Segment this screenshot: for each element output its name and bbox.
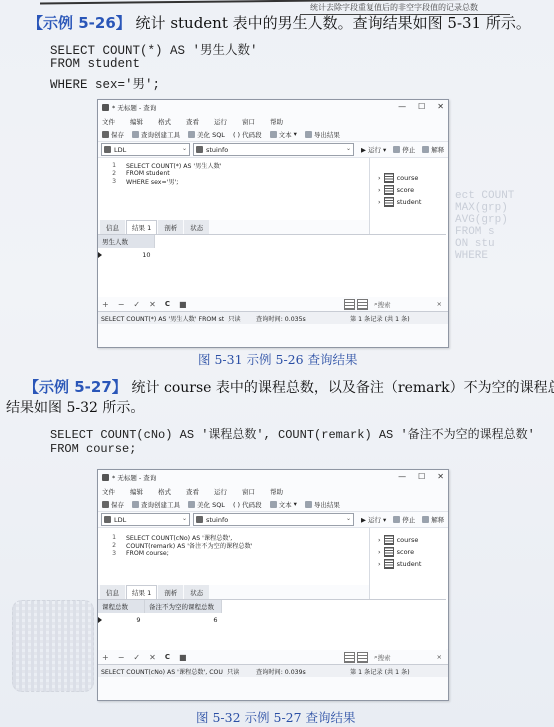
database-select[interactable]: stuinfo ⌄ [193,513,354,526]
chevron-down-icon: ⌄ [346,145,351,152]
status-sql: SELECT COUNT(cNo) AS '课程总数', COU [98,667,223,676]
menu-bar: 文件 编辑 格式 查看 运行 窗口 帮助 [98,115,448,127]
status-readonly: 只读 [227,667,239,676]
menu-help[interactable]: 帮助 [270,487,283,496]
editor-line-text: WHERE sex='男'; [126,177,178,186]
column-header[interactable]: 男生人数 [98,235,155,248]
status-sql: SELECT COUNT(*) AS '男生人数' FROM st [98,314,224,323]
stop-fetch-button[interactable]: ■ [179,653,187,662]
status-query-time: 查询时间: 0.039s [256,667,306,676]
sql-line-3: WHERE sex='男'; [50,74,160,92]
menu-view[interactable]: 查看 [186,117,199,126]
query-builder-label: 查询创建工具 [141,130,180,139]
beautify-sql-button[interactable]: 美化 SQL [188,130,225,139]
table-icon [384,173,394,183]
tree-item-student[interactable]: ›student [370,558,448,570]
tree-item-score[interactable]: ›score [370,546,448,558]
example-description: 统计 student 表中的男生人数。查询结果如图 5-31 所示。 [136,14,531,32]
code-snippet-button[interactable]: ( ) 代码段 [233,500,262,509]
tab-result-1[interactable]: 结果 1 [126,585,157,599]
text-button[interactable]: 文本 ▾ [270,130,297,139]
tab-info[interactable]: 信息 [100,585,125,599]
tab-status[interactable]: 状态 [184,220,209,234]
chevron-right-icon: › [378,186,381,194]
chevron-down-icon: ⌄ [182,145,187,152]
tree-label: student [397,560,422,568]
tree-item-student[interactable]: ›student [370,196,448,208]
table-icon [384,185,394,195]
column-header[interactable]: 课程总数 [98,600,145,613]
tree-label: score [397,548,414,556]
maximize-button[interactable]: ☐ [418,472,425,481]
editor-line: 1SELECT COUNT(*) AS '男生人数' [98,161,370,169]
database-value: stuinfo [206,146,228,154]
beautify-icon [188,131,195,138]
status-record-count: 第 1 条记录 (共 1 条) [350,667,410,676]
save-icon [102,131,109,138]
tree-label: course [397,536,419,544]
menu-format[interactable]: 格式 [158,487,171,496]
connection-select[interactable]: LDL ⌄ [101,513,190,526]
search-placeholder: 搜索 [378,300,391,309]
query-builder-icon [132,501,139,508]
qr-code-bleed [12,600,94,692]
stop-button[interactable]: 停止 [393,515,415,524]
menu-format[interactable]: 格式 [158,117,171,126]
menu-run[interactable]: 运行 [214,117,227,126]
stop-label: 停止 [402,515,415,524]
apply-button[interactable]: ✓ [133,300,140,309]
text-label: 文本 [279,130,292,139]
stop-label: 停止 [402,145,415,154]
save-button[interactable]: 保存 [102,130,124,139]
example-5-27-heading: 【示例 5-27】 统计 course 表中的课程总数，以及备注（remark）… [24,376,554,397]
title-bar: * 无标题 - 查询 [98,470,448,485]
sql-line-1: SELECT COUNT(*) AS '男生人数' [50,40,258,58]
editor-line-text: FROM course; [126,550,169,557]
menu-edit[interactable]: 编辑 [130,487,143,496]
current-row-marker-icon [98,252,102,258]
play-icon: ▶ [361,146,366,154]
explain-label: 解释 [431,515,444,524]
figure-caption-5-32: 图 5-32 示例 5-27 查询结果 [196,708,356,726]
table-icon [384,559,394,569]
close-button[interactable]: ✕ [437,102,444,111]
clear-search-icon[interactable]: × [437,653,442,661]
editor-area: 1SELECT COUNT(*) AS '男生人数' 2FROM student… [98,157,448,220]
status-bar: SELECT COUNT(*) AS '男生人数' FROM st 只读 查询时… [98,311,448,324]
discard-button[interactable]: ✕ [149,300,156,309]
beautify-label: 美化 SQL [197,500,225,509]
menu-window[interactable]: 窗口 [242,117,255,126]
delete-record-button[interactable]: − [118,653,125,662]
tab-profile[interactable]: 剖析 [158,585,183,599]
text-icon [270,501,277,508]
database-select[interactable]: stuinfo ⌄ [193,143,354,156]
app-icon [102,104,109,111]
play-icon: ▶ [361,516,366,524]
sql-line-2: FROM student [50,57,140,71]
run-button[interactable]: ▶运行 ▾ [361,145,386,154]
chevron-right-icon: › [378,174,381,182]
query-window-5-31: * 无标题 - 查询 — ☐ ✕ 文件 编辑 格式 查看 运行 窗口 帮助 保存… [97,99,449,348]
run-button[interactable]: ▶运行 ▾ [361,515,386,524]
menu-help[interactable]: 帮助 [270,117,283,126]
result-grid-area: 男生人数 10 [98,234,446,297]
query-window-5-32: * 无标题 - 查询 — ☐ ✕ 文件 编辑 格式 查看 运行 窗口 帮助 保存… [97,469,449,701]
form-view-icon[interactable] [357,299,368,310]
result-grid: 男生人数 10 [98,235,155,261]
explain-label: 解释 [431,145,444,154]
tab-result-1[interactable]: 结果 1 [126,220,157,234]
menu-file[interactable]: 文件 [102,117,115,126]
minimize-button[interactable]: — [398,472,406,481]
run-controls: ▶运行 ▾ 停止 解释 [361,515,444,524]
sql-editor[interactable]: 1SELECT COUNT(cNo) AS '课程总数', 2COUNT(rem… [98,528,370,585]
text-button[interactable]: 文本 ▾ [270,500,297,509]
example-tag: 【示例 5-26】 [28,14,131,32]
example-5-26-heading: 【示例 5-26】 统计 student 表中的男生人数。查询结果如图 5-31… [28,12,531,33]
code-snippet-button[interactable]: ( ) 代码段 [233,130,262,139]
editor-line: 3WHERE sex='男'; [98,177,370,185]
cell[interactable]: 9 [98,613,145,626]
search-input[interactable]: ⌕ 搜索 × [371,652,444,662]
chevron-right-icon: › [378,560,381,568]
explain-button[interactable]: 解释 [422,145,444,154]
menu-run[interactable]: 运行 [214,487,227,496]
menu-edit[interactable]: 编辑 [130,117,143,126]
clear-search-icon[interactable]: × [437,300,442,308]
editor-line-text: COUNT(remark) AS '备注不为空的课程总数' [126,541,253,550]
explain-button[interactable]: 解释 [422,515,444,524]
example-description-line-1: 统计 course 表中的课程总数，以及备注（remark）不为空的课程总数。查… [132,380,554,396]
database-value: stuinfo [206,516,228,524]
connection-value: LDL [114,146,126,154]
sql-line-1: SELECT COUNT(cNo) AS '课程总数', COUNT(remar… [50,425,535,442]
grid-view-icon[interactable] [344,299,355,310]
text-icon [270,131,277,138]
code-snippet-label: ( ) 代码段 [233,500,262,509]
status-readonly: 只读 [228,314,240,323]
apply-button[interactable]: ✓ [133,653,140,662]
chevron-down-icon: ⌄ [182,515,187,522]
status-query-time: 查询时间: 0.035s [256,314,306,323]
export-label: 导出结果 [314,130,340,139]
figure-caption-5-31: 图 5-31 示例 5-26 查询结果 [198,350,358,368]
tree-item-course[interactable]: ›course [370,534,448,546]
save-label: 保存 [111,500,124,509]
query-builder-label: 查询创建工具 [141,500,180,509]
menu-bar: 文件 编辑 格式 查看 运行 窗口 帮助 [98,485,448,497]
database-icon [196,146,203,153]
query-builder-button[interactable]: 查询创建工具 [132,500,180,509]
tab-profile[interactable]: 剖析 [158,220,183,234]
save-icon [102,501,109,508]
window-title: * 无标题 - 查询 [112,473,156,482]
view-toggle [344,299,368,310]
tab-info[interactable]: 信息 [100,220,125,234]
app-icon [102,474,109,481]
sql-editor[interactable]: 1SELECT COUNT(*) AS '男生人数' 2FROM student… [98,158,370,220]
chevron-right-icon: › [378,198,381,206]
current-row-marker-icon [98,617,102,623]
window-title: * 无标题 - 查询 [112,103,156,112]
menu-window[interactable]: 窗口 [242,487,255,496]
result-tabs: 信息 结果 1 剖析 状态 [98,220,372,234]
table-icon [384,535,394,545]
editor-line: 3FROM course; [98,549,370,557]
tree-item-course[interactable]: ›course [370,172,448,184]
export-icon [305,501,312,508]
explain-icon [422,146,429,153]
toolbar: 保存 查询创建工具 美化 SQL ( ) 代码段 文本 ▾ 导出结果 [98,127,448,141]
search-placeholder: 搜索 [378,653,391,662]
menu-view[interactable]: 查看 [186,487,199,496]
result-grid: 课程总数 备注不为空的课程总数 9 6 [98,600,222,626]
maximize-button[interactable]: ☐ [418,102,425,111]
export-icon [305,131,312,138]
sql-line-2: FROM course; [50,442,136,456]
result-grid-area: 课程总数 备注不为空的课程总数 9 6 [98,599,446,650]
tree-label: course [397,174,419,182]
tab-status[interactable]: 状态 [184,585,209,599]
table-icon [384,547,394,557]
delete-record-button[interactable]: − [118,300,125,309]
database-icon [196,516,203,523]
cell[interactable]: 6 [145,613,222,626]
code-snippet-label: ( ) 代码段 [233,130,262,139]
grid-view-icon[interactable] [344,652,355,663]
cell[interactable]: 10 [98,248,155,261]
tree-item-score[interactable]: ›score [370,184,448,196]
toolbar: 保存 查询创建工具 美化 SQL ( ) 代码段 文本 ▾ 导出结果 [98,497,448,511]
connection-bar: LDL ⌄ stuinfo ⌄ ▶运行 ▾ 停止 解释 [98,511,448,527]
view-toggle [344,652,368,663]
add-record-button[interactable]: + [102,300,109,309]
run-label: 运行 [368,145,381,154]
export-results-button[interactable]: 导出结果 [305,500,340,509]
beautify-label: 美化 SQL [197,130,225,139]
discard-button[interactable]: ✕ [149,653,156,662]
chevron-right-icon: › [378,548,381,556]
bleed-through-text: ect COUNT MAX(grp) AVG(grp) FROM s ON st… [455,178,514,262]
refresh-button[interactable]: C [165,300,170,308]
beautify-icon [188,501,195,508]
stop-icon [393,516,400,523]
beautify-sql-button[interactable]: 美化 SQL [188,500,225,509]
chevron-down-icon: ⌄ [346,515,351,522]
example-description-line-2: 结果如图 5-32 所示。 [6,397,144,417]
connection-icon [104,146,111,153]
connection-value: LDL [114,516,126,524]
editor-line-text: FROM student [126,170,170,177]
query-builder-button[interactable]: 查询创建工具 [132,130,180,139]
stop-icon [393,146,400,153]
chevron-right-icon: › [378,536,381,544]
grid-bottom-bar: + − ✓ ✕ C ■ ⌕ 搜索 × [98,650,448,664]
connection-bar: LDL ⌄ stuinfo ⌄ ▶运行 ▾ 停止 解释 [98,141,448,157]
editor-line: 2COUNT(remark) AS '备注不为空的课程总数' [98,541,370,549]
tree-label: score [397,186,414,194]
search-input[interactable]: ⌕ 搜索 × [371,299,444,309]
grid-bottom-bar: + − ✓ ✕ C ■ ⌕ 搜索 × [98,297,448,311]
refresh-button[interactable]: C [165,653,170,661]
window-controls: — ☐ ✕ [398,472,444,481]
table-icon [384,197,394,207]
status-bar: SELECT COUNT(cNo) AS '课程总数', COU 只读 查询时间… [98,664,448,677]
example-tag: 【示例 5-27】 [24,378,127,396]
stop-button[interactable]: 停止 [393,145,415,154]
minimize-button[interactable]: — [398,102,406,111]
menu-file[interactable]: 文件 [102,487,115,496]
run-label: 运行 [368,515,381,524]
run-controls: ▶运行 ▾ 停止 解释 [361,145,444,154]
column-header[interactable]: 备注不为空的课程总数 [145,600,222,613]
explain-icon [422,516,429,523]
export-results-button[interactable]: 导出结果 [305,130,340,139]
form-view-icon[interactable] [357,652,368,663]
text-label: 文本 [279,500,292,509]
save-label: 保存 [111,130,124,139]
connection-icon [104,516,111,523]
stop-fetch-button[interactable]: ■ [179,300,187,309]
connection-select[interactable]: LDL ⌄ [101,143,190,156]
result-tabs: 信息 结果 1 剖析 状态 [98,585,372,599]
export-label: 导出结果 [314,500,340,509]
title-bar: * 无标题 - 查询 [98,100,448,115]
query-builder-icon [132,131,139,138]
tree-label: student [397,198,422,206]
save-button[interactable]: 保存 [102,500,124,509]
close-button[interactable]: ✕ [437,472,444,481]
editor-line-text: SELECT COUNT(*) AS '男生人数' [126,161,222,170]
status-record-count: 第 1 条记录 (共 1 条) [350,314,410,323]
window-controls: — ☐ ✕ [398,102,444,111]
add-record-button[interactable]: + [102,653,109,662]
editor-area: 1SELECT COUNT(cNo) AS '课程总数', 2COUNT(rem… [98,527,448,585]
